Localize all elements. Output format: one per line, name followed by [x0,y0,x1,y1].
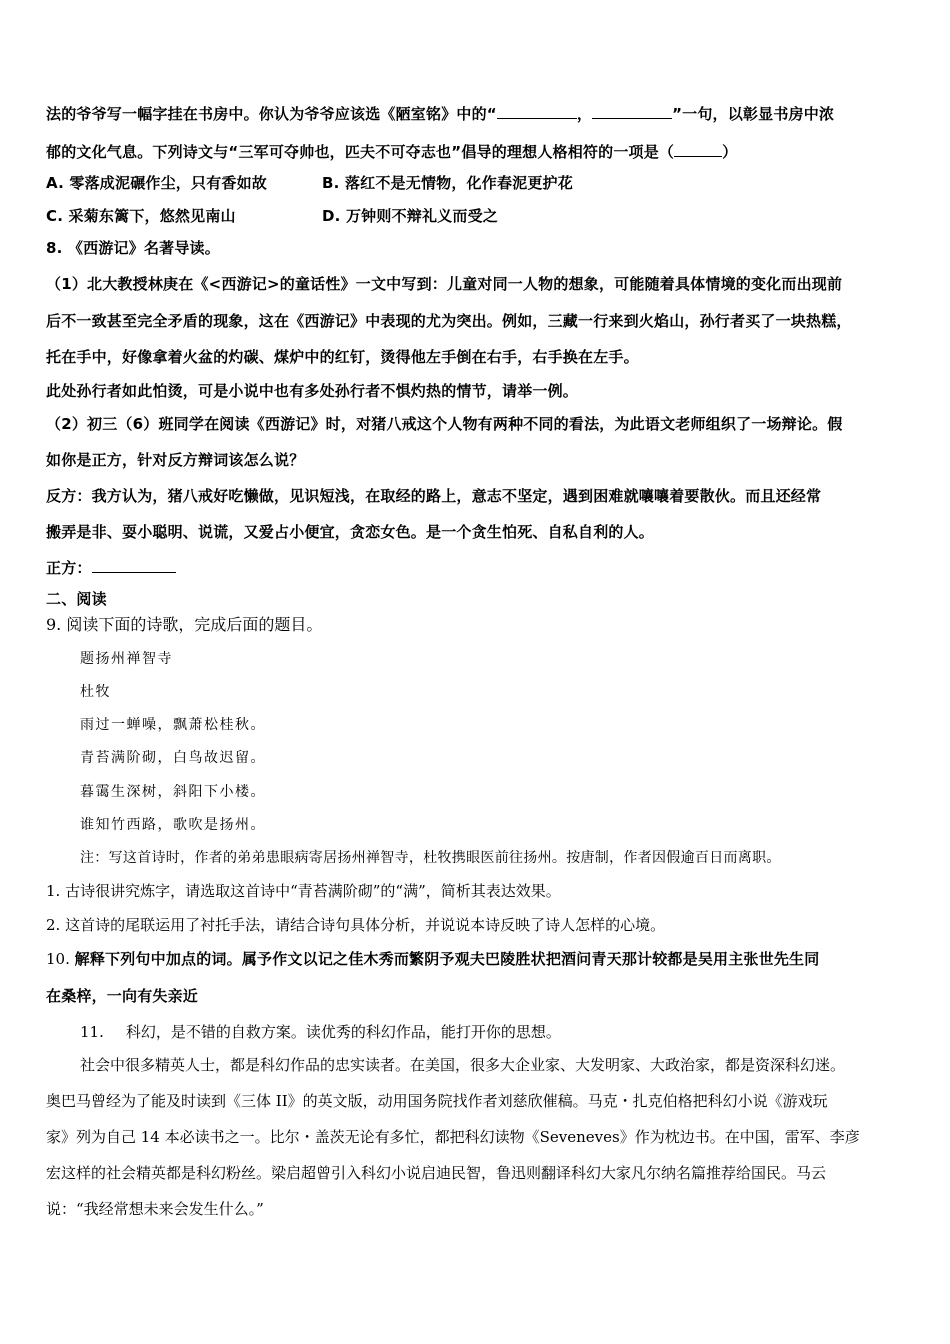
q8-answer-line: 正方： [46,558,176,576]
poem-line-3: 暮霭生深树，斜阳下小楼。 [80,785,266,799]
poem-line-2: 青苔满阶砌，白鸟故迟留。 [80,751,266,765]
answer-blank-1[interactable] [497,104,577,119]
q8-title: 8. 《西游记》名著导读。 [46,241,220,256]
q7-line2: 郁的文化气息。下列诗文与“三军可夺帅也，匹夫不可夺志也”倡导的理想人格相符的一项… [46,142,737,160]
q7-option-d: D. 万钟则不辩礼义而受之 [322,209,498,224]
answer-blank-debate[interactable] [92,558,176,573]
poem-author: 杜牧 [80,685,111,699]
q7-option-b: B. 落红不是无情物，化作春泥更护花 [322,176,573,191]
q11-para-line1: 社会中很多精英人士，都是科幻作品的忠实读者。在美国，很多大企业家、大发明家、大政… [80,1058,845,1073]
q8-p2-line4: 搬弄是非、耍小聪明、说谎，又爱占小便宜，贪恋女色。是一个贪生怕死、自私自利的人。 [46,525,654,540]
poem-line-1: 雨过一蝉噪，飘萧松桂秋。 [80,718,266,732]
q7-option-a: A. 零落成泥碾作尘，只有香如故 [46,176,267,191]
q11-intro-line: 11.科幻，是不错的自救方案。读优秀的科幻作品，能打开你的思想。 [80,1025,561,1040]
q8-p2-line3: 反方：我方认为，猪八戒好吃懒做，见识短浅，在取经的路上，意志不坚定，遇到困难就嚷… [46,489,821,504]
q8-p2-line2: 如你是正方，针对反方辩词该怎么说？ [46,453,304,468]
q11-para-line3: 家》列为自己 14 本必读书之一。比尔・盖茨无论有多忙，都把科幻读物《Seven… [46,1130,860,1145]
q11-para-line4: 宏这样的社会精英都是科幻粉丝。梁启超曾引入科幻小说启迪民智，鲁迅则翻译科幻大家凡… [46,1166,826,1181]
poem-line-4: 谁知竹西路，歌吹是扬州。 [80,818,266,832]
q8-p1-line1: （1）北大教授林庚在《<西游记>的童话性》一文中写到：儿童对同一人物的想象，可能… [46,277,842,292]
answer-blank-choice[interactable] [674,142,722,157]
q11-para-line5: 说：“我经常想未来会发生什么。” [46,1202,264,1217]
q9-sub2: 2. 这首诗的尾联运用了衬托手法，请结合诗句具体分析，并说说本诗反映了诗人怎样的… [46,918,665,933]
q8-p2-line1: （2）初三（6）班同学在阅读《西游记》时，对猪八戒这个人物有两种不同的看法，为此… [46,417,842,432]
q8-p1-line3: 托在手中，好像拿着火盆的灼碳、煤炉中的红钉，烫得他左手倒在右手，右手换在左手。 [46,350,639,365]
poem-note: 注：写这首诗时，作者的弟弟患眼病寄居扬州禅智寺，杜牧携眼医前往扬州。按唐制，作者… [80,851,781,865]
q10-line2: 在桑梓，一向有失亲近 [46,989,198,1004]
q11-para-line2: 奥巴马曾经为了能及时读到《三体 II》的英文版，动用国务院找作者刘慈欣催稿。马克… [46,1094,828,1109]
q9-sub1: 1. 古诗很讲究炼字，请选取这首诗中“青苔满阶砌”的“满”，简析其表达效果。 [46,884,561,899]
q7-option-c: C. 采菊东篱下，悠然见南山 [46,209,236,224]
poem-title: 题扬州禅智寺 [80,652,173,666]
exam-page: 法的爷爷写一幅字挂在书房中。你认为爷爷应该选《陋室铭》中的“，”一句，以彰显书房… [0,0,950,1344]
q8-p1-line4: 此处孙行者如此怕烫，可是小说中也有多处孙行者不惧灼热的情节，请举一例。 [46,384,578,399]
answer-blank-2[interactable] [592,104,672,119]
q10-line1: 10. 解释下列句中加点的词。属予作文以记之佳木秀而繁阴予观夫巴陵胜状把酒问青天… [46,952,819,968]
q9-title: 9. 阅读下面的诗歌，完成后面的题目。 [46,617,322,633]
q8-p1-line2: 后不一致甚至完全矛盾的现象，这在《西游记》中表现的尤为突出。例如，三藏一行来到火… [46,314,852,329]
section-heading-reading: 二、阅读 [46,592,107,607]
q7-line1: 法的爷爷写一幅字挂在书房中。你认为爷爷应该选《陋室铭》中的“，”一句，以彰显书房… [46,104,834,122]
